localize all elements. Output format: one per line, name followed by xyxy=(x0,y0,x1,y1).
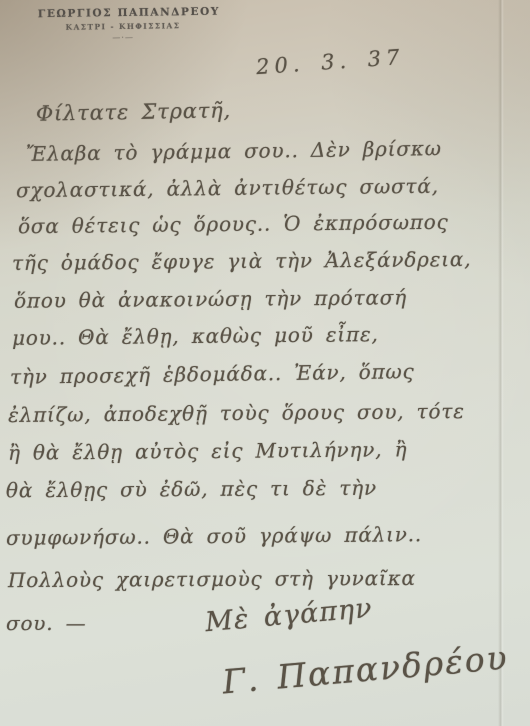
handwriting-line: ἢ θὰ ἔλθῃ αὐτὸς εἰς Μυτιλήνην, ἢ xyxy=(8,437,407,464)
handwriting-line: σου. — xyxy=(6,611,86,635)
handwriting-line: Πολλοὺς χαιρετισμοὺς στὴ γυναῖκα xyxy=(8,566,416,592)
handwriting-line: σχολαστικά, ἀλλὰ ἀντιθέτως σωστά, xyxy=(16,174,439,202)
handwriting-line: μου.. Θὰ ἔλθῃ, καθὼς μοῦ εἶπε, xyxy=(12,322,379,350)
signature: Γ. Παπανδρέου xyxy=(221,638,510,702)
handwriting-line: Ἔλαβα τὸ γράμμα σου.. Δὲν βρίσκω xyxy=(26,136,442,166)
date: 20. 3. 37 xyxy=(255,45,405,79)
letterhead-location: ΚΑΣΤΡΙ - ΚΗΦΙΣΣΙΑΣ xyxy=(38,21,208,32)
closing: Μὲ ἀγάπην xyxy=(204,593,374,638)
paper-crease xyxy=(498,0,504,726)
handwriting-line: ὅσα θέτεις ὡς ὅρους.. Ὁ ἐκπρόσωπος xyxy=(18,210,449,239)
letterhead-name: ΓΕΩΡΓΙΟΣ ΠΑΠΑΝΔΡΕΟΥ xyxy=(38,6,208,20)
handwriting-line: τὴν προσεχῆ ἑβδομάδα.. Ἐάν, ὅπως xyxy=(10,359,415,389)
letter-photo: ΓΕΩΡΓΙΟΣ ΠΑΠΑΝΔΡΕΟΥ ΚΑΣΤΡΙ - ΚΗΦΙΣΣΙΑΣ —… xyxy=(0,0,530,726)
letterhead-flourish: —·— xyxy=(38,32,208,43)
handwriting-line: ὅπου θὰ ἀνακοινώσῃ τὴν πρότασή xyxy=(14,285,407,312)
handwriting-line: ἐλπίζω, ἀποδεχθῇ τοὺς ὅρους σου, τότε xyxy=(8,399,465,427)
handwriting-line: τῆς ὁμάδος ἔφυγε γιὰ τὴν Ἀλεξάνδρεια, xyxy=(12,247,472,275)
letterhead: ΓΕΩΡΓΙΟΣ ΠΑΠΑΝΔΡΕΟΥ ΚΑΣΤΡΙ - ΚΗΦΙΣΣΙΑΣ —… xyxy=(38,6,208,43)
handwriting-line: συμφωνήσω.. Θὰ σοῦ γράψω πάλιν.. xyxy=(6,522,422,550)
salutation: Φίλτατε Στρατῆ, xyxy=(36,98,231,125)
handwriting-line: θὰ ἔλθῃς σὺ ἐδῶ, πὲς τι δὲ τὴν xyxy=(6,476,377,503)
